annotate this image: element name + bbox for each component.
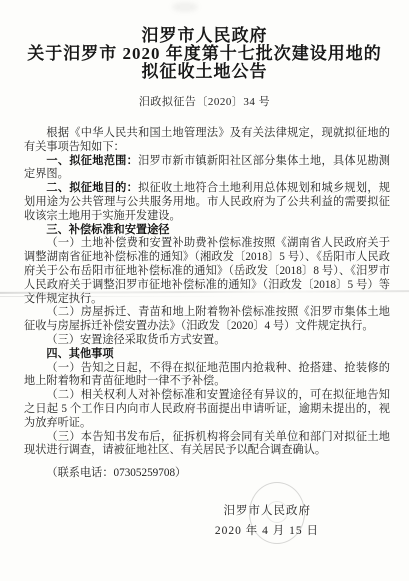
paragraph-text: （一）土地补偿费和安置补助费补偿标准按照《湖南省人民政府关于调整湖南省征地补偿标… [24,237,390,304]
contact-phone-line: （联系电话：07305259708） [24,467,390,481]
paragraph-text: （三）本告知书发布后，征拆机构将会同有关单位和部门对拟征土地现状进行调查，请被征… [24,431,390,457]
signature-block: 汨罗市人民政府 2020 年 4 月 15 日 [0,505,319,538]
paragraph-text: （一）告知之日起，不得在拟征地范围内抢栽种、抢搭建、抢装修的地上附着物和青苗征地… [24,362,390,388]
paragraph-purpose: 二、拟征地目的：拟征收土地符合土地利用总体规划和城乡规划，规划用途为公共管理与公… [24,182,390,223]
paragraph-text: （二）房屋拆迁、青苗和地上附着物补偿标准按照《汨罗市集体土地征收与房屋拆迁补偿安… [24,306,390,332]
paragraph-compensation-item-3: （三）安置途径采取货币方式安置。 [24,334,390,348]
paragraph-compensation-item-2: （二）房屋拆迁、青苗和地上附着物补偿标准按照《汨罗市集体土地征收与房屋拆迁补偿安… [24,306,390,334]
paragraph-text: （二）相关权利人对补偿标准和安置途径有异议的，可在拟征地告知之日起 5 个工作日… [24,389,390,429]
paragraph-other-heading: 四、其他事项 [24,348,390,362]
paragraph-other-item-1: （一）告知之日起，不得在拟征地范围内抢栽种、抢搭建、抢装修的地上附着物和青苗征地… [24,362,390,390]
paragraph-text: （三）安置途径采取货币方式安置。 [46,334,225,346]
document-title-line-3: 拟征收土地公告 [0,63,409,81]
section-heading: 三、补偿标准和安置途径 [46,224,169,236]
paragraph-compensation-heading: 三、补偿标准和安置途径 [24,224,390,238]
document-title-line-2: 关于汨罗市 2020 年度第十七批次建设用地的 [0,45,409,63]
paragraph-scope: 一、拟征地范围：汨罗市新市镇新阳社区部分集体土地，具体见勘测定界图。 [24,155,390,183]
signature-date: 2020 年 4 月 15 日 [215,525,319,538]
document-title-line-1: 汨罗市人民政府 [0,27,409,45]
paragraph-compensation-item-1: （一）土地补偿费和安置补助费补偿标准按照《湖南省人民政府关于调整湖南省征地补偿标… [24,237,390,306]
paragraph-other-item-3: （三）本告知书发布后，征拆机构将会同有关单位和部门对拟征土地现状进行调查，请被征… [24,431,390,459]
document-body: 根据《中华人民共和国土地管理法》及有关法律规定，现就拟征地的有关事项告知如下： … [24,127,390,458]
section-heading: 四、其他事项 [46,348,113,360]
paragraph-text: 根据《中华人民共和国土地管理法》及有关法律规定，现就拟征地的有关事项告知如下： [24,127,390,153]
scan-smudge-artifact [172,2,198,12]
paragraph-other-item-2: （二）相关权利人对补偿标准和安置途径有异议的，可在拟征地告知之日起 5 个工作日… [24,389,390,430]
document-number: 汨政拟征告〔2020〕34 号 [0,96,409,109]
document-title: 汨罗市人民政府 关于汨罗市 2020 年度第十七批次建设用地的 拟征收土地公告 [0,27,409,81]
section-heading: 一、拟征地范围： [46,155,138,167]
paragraph-intro: 根据《中华人民共和国土地管理法》及有关法律规定，现就拟征地的有关事项告知如下： [24,127,390,155]
scanned-announcement-page: 汨罗市人民政府 关于汨罗市 2020 年度第十七批次建设用地的 拟征收土地公告 … [0,0,409,581]
signature-issuer: 汨罗市人民政府 [224,505,312,518]
section-heading: 二、拟征地目的： [46,182,138,194]
